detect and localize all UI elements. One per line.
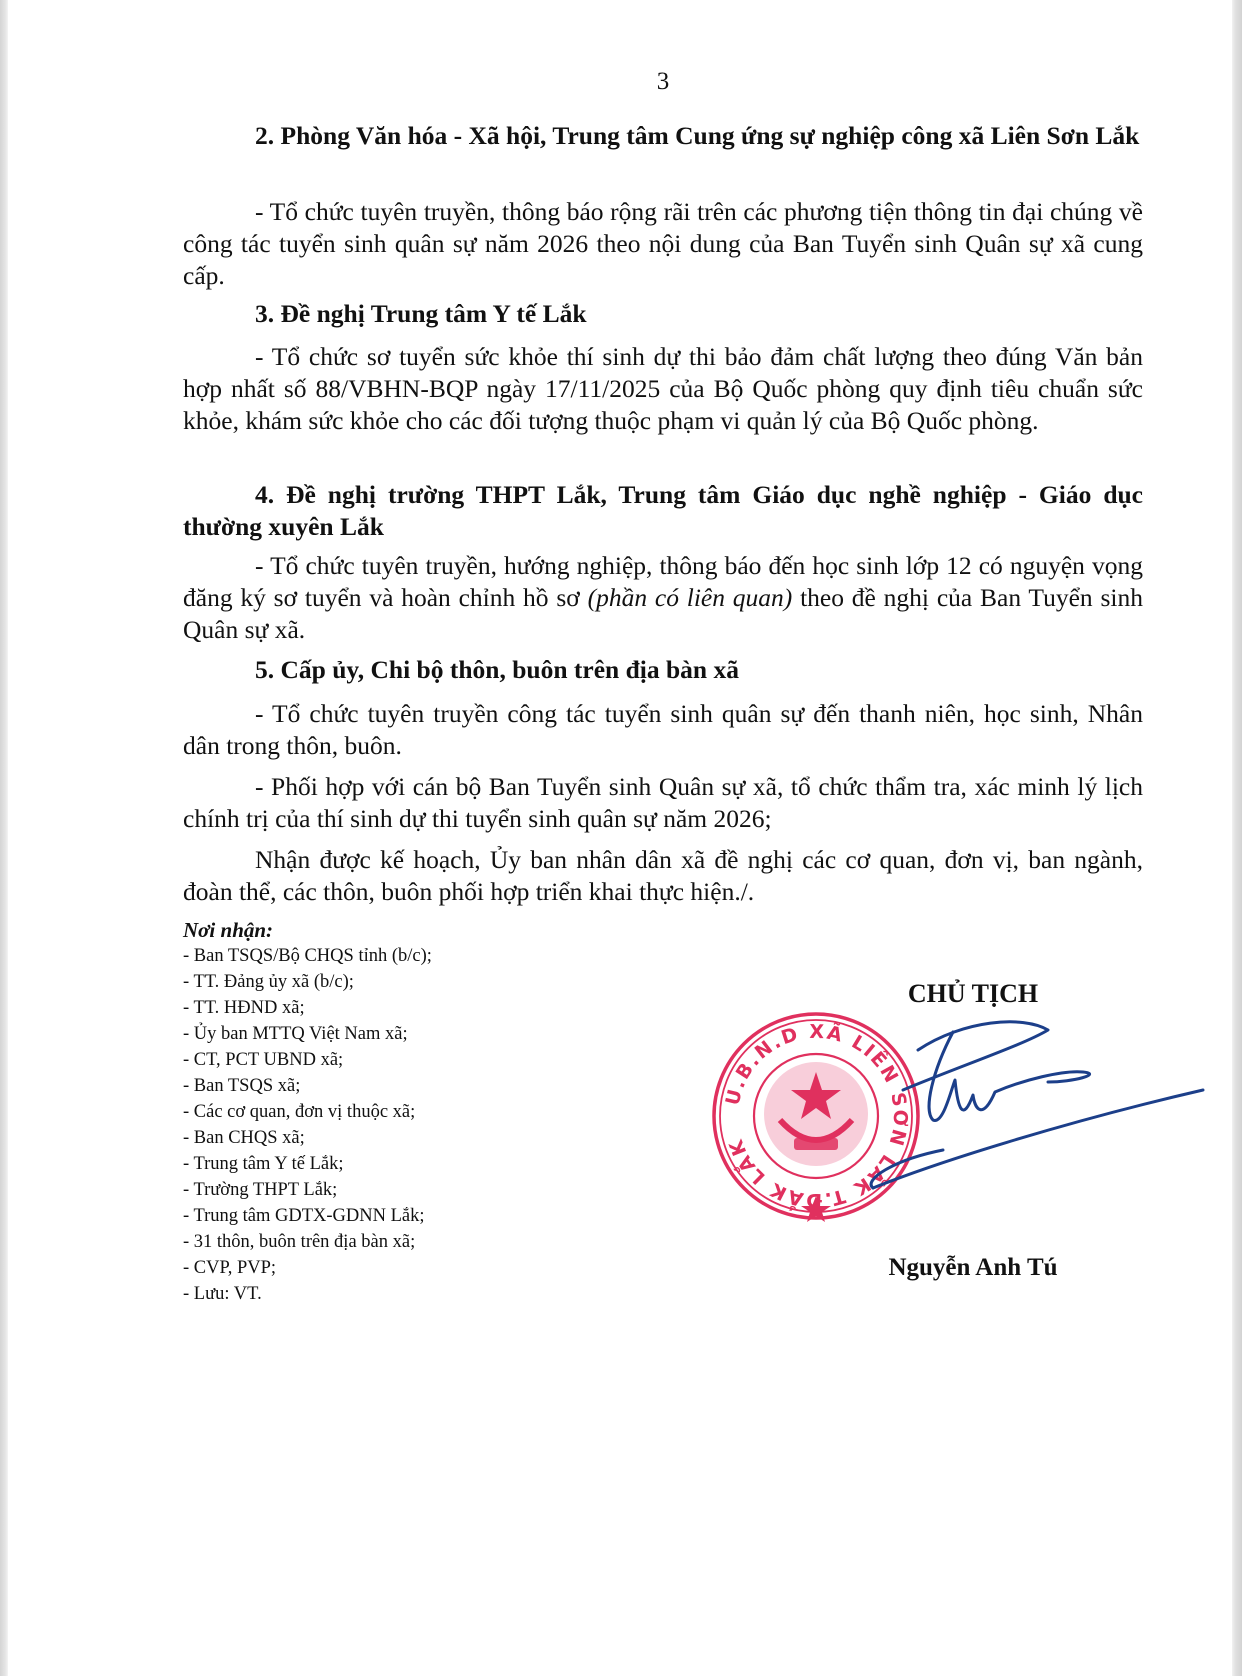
section-2-paragraph: - Tổ chức tuyên truyền, thông báo rộng r… bbox=[183, 196, 1143, 292]
recipient-item: - Trung tâm Y tế Lắk; bbox=[183, 1151, 663, 1177]
section-3-paragraph: - Tổ chức sơ tuyển sức khỏe thí sinh dự … bbox=[183, 341, 1143, 437]
recipients-title: Nơi nhận: bbox=[183, 917, 663, 943]
section-5-heading: 5. Cấp ủy, Chi bộ thôn, buôn trên địa bà… bbox=[183, 654, 1143, 686]
recipient-item: - Ban CHQS xã; bbox=[183, 1125, 663, 1151]
recipient-item: - Lưu: VT. bbox=[183, 1281, 663, 1307]
recipient-item: - Ban TSQS xã; bbox=[183, 1073, 663, 1099]
recipient-item: - Trung tâm GDTX-GDNN Lắk; bbox=[183, 1203, 663, 1229]
page-shadow-left bbox=[0, 0, 8, 1676]
recipient-item: - CVP, PVP; bbox=[183, 1255, 663, 1281]
section-3-heading: 3. Đề nghị Trung tâm Y tế Lắk bbox=[183, 298, 1143, 330]
section-5-paragraph-2: - Phối hợp với cán bộ Ban Tuyển sinh Quâ… bbox=[183, 771, 1143, 835]
handwritten-signature-icon bbox=[823, 1010, 1242, 1210]
page-shadow-right bbox=[1232, 0, 1242, 1676]
recipient-item: - TT. HĐND xã; bbox=[183, 995, 663, 1021]
document-viewer: 3 2. Phòng Văn hóa - Xã hội, Trung tâm C… bbox=[0, 0, 1242, 1676]
section-4-paragraph: - Tổ chức tuyên truyền, hướng nghiệp, th… bbox=[183, 550, 1143, 646]
section-4-heading: 4. Đề nghị trường THPT Lắk, Trung tâm Gi… bbox=[183, 479, 1143, 543]
recipient-item: - 31 thôn, buôn trên địa bàn xã; bbox=[183, 1229, 663, 1255]
recipient-item: - Các cơ quan, đơn vị thuộc xã; bbox=[183, 1099, 663, 1125]
recipient-item: - Trường THPT Lắk; bbox=[183, 1177, 663, 1203]
recipient-item: - Ban TSQS/Bộ CHQS tỉnh (b/c); bbox=[183, 943, 663, 969]
signature-block: CHỦ TỊCH bbox=[743, 978, 1143, 1010]
signer-name: Nguyễn Anh Tú bbox=[743, 1252, 1143, 1284]
section-4-italic-note: (phần có liên quan) bbox=[588, 583, 793, 612]
section-5-paragraph-1: - Tổ chức tuyên truyền công tác tuyển si… bbox=[183, 698, 1143, 762]
recipients-list: Nơi nhận: - Ban TSQS/Bộ CHQS tỉnh (b/c);… bbox=[183, 917, 663, 1307]
recipient-item: - CT, PCT UBND xã; bbox=[183, 1047, 663, 1073]
section-2-heading: 2. Phòng Văn hóa - Xã hội, Trung tâm Cun… bbox=[183, 120, 1143, 152]
recipient-item: - Ủy ban MTTQ Việt Nam xã; bbox=[183, 1021, 663, 1047]
closing-paragraph: Nhận được kế hoạch, Ủy ban nhân dân xã đ… bbox=[183, 844, 1143, 908]
recipient-item: - TT. Đảng ủy xã (b/c); bbox=[183, 969, 663, 995]
page-number: 3 bbox=[183, 66, 1143, 98]
signer-title: CHỦ TỊCH bbox=[743, 978, 1143, 1010]
